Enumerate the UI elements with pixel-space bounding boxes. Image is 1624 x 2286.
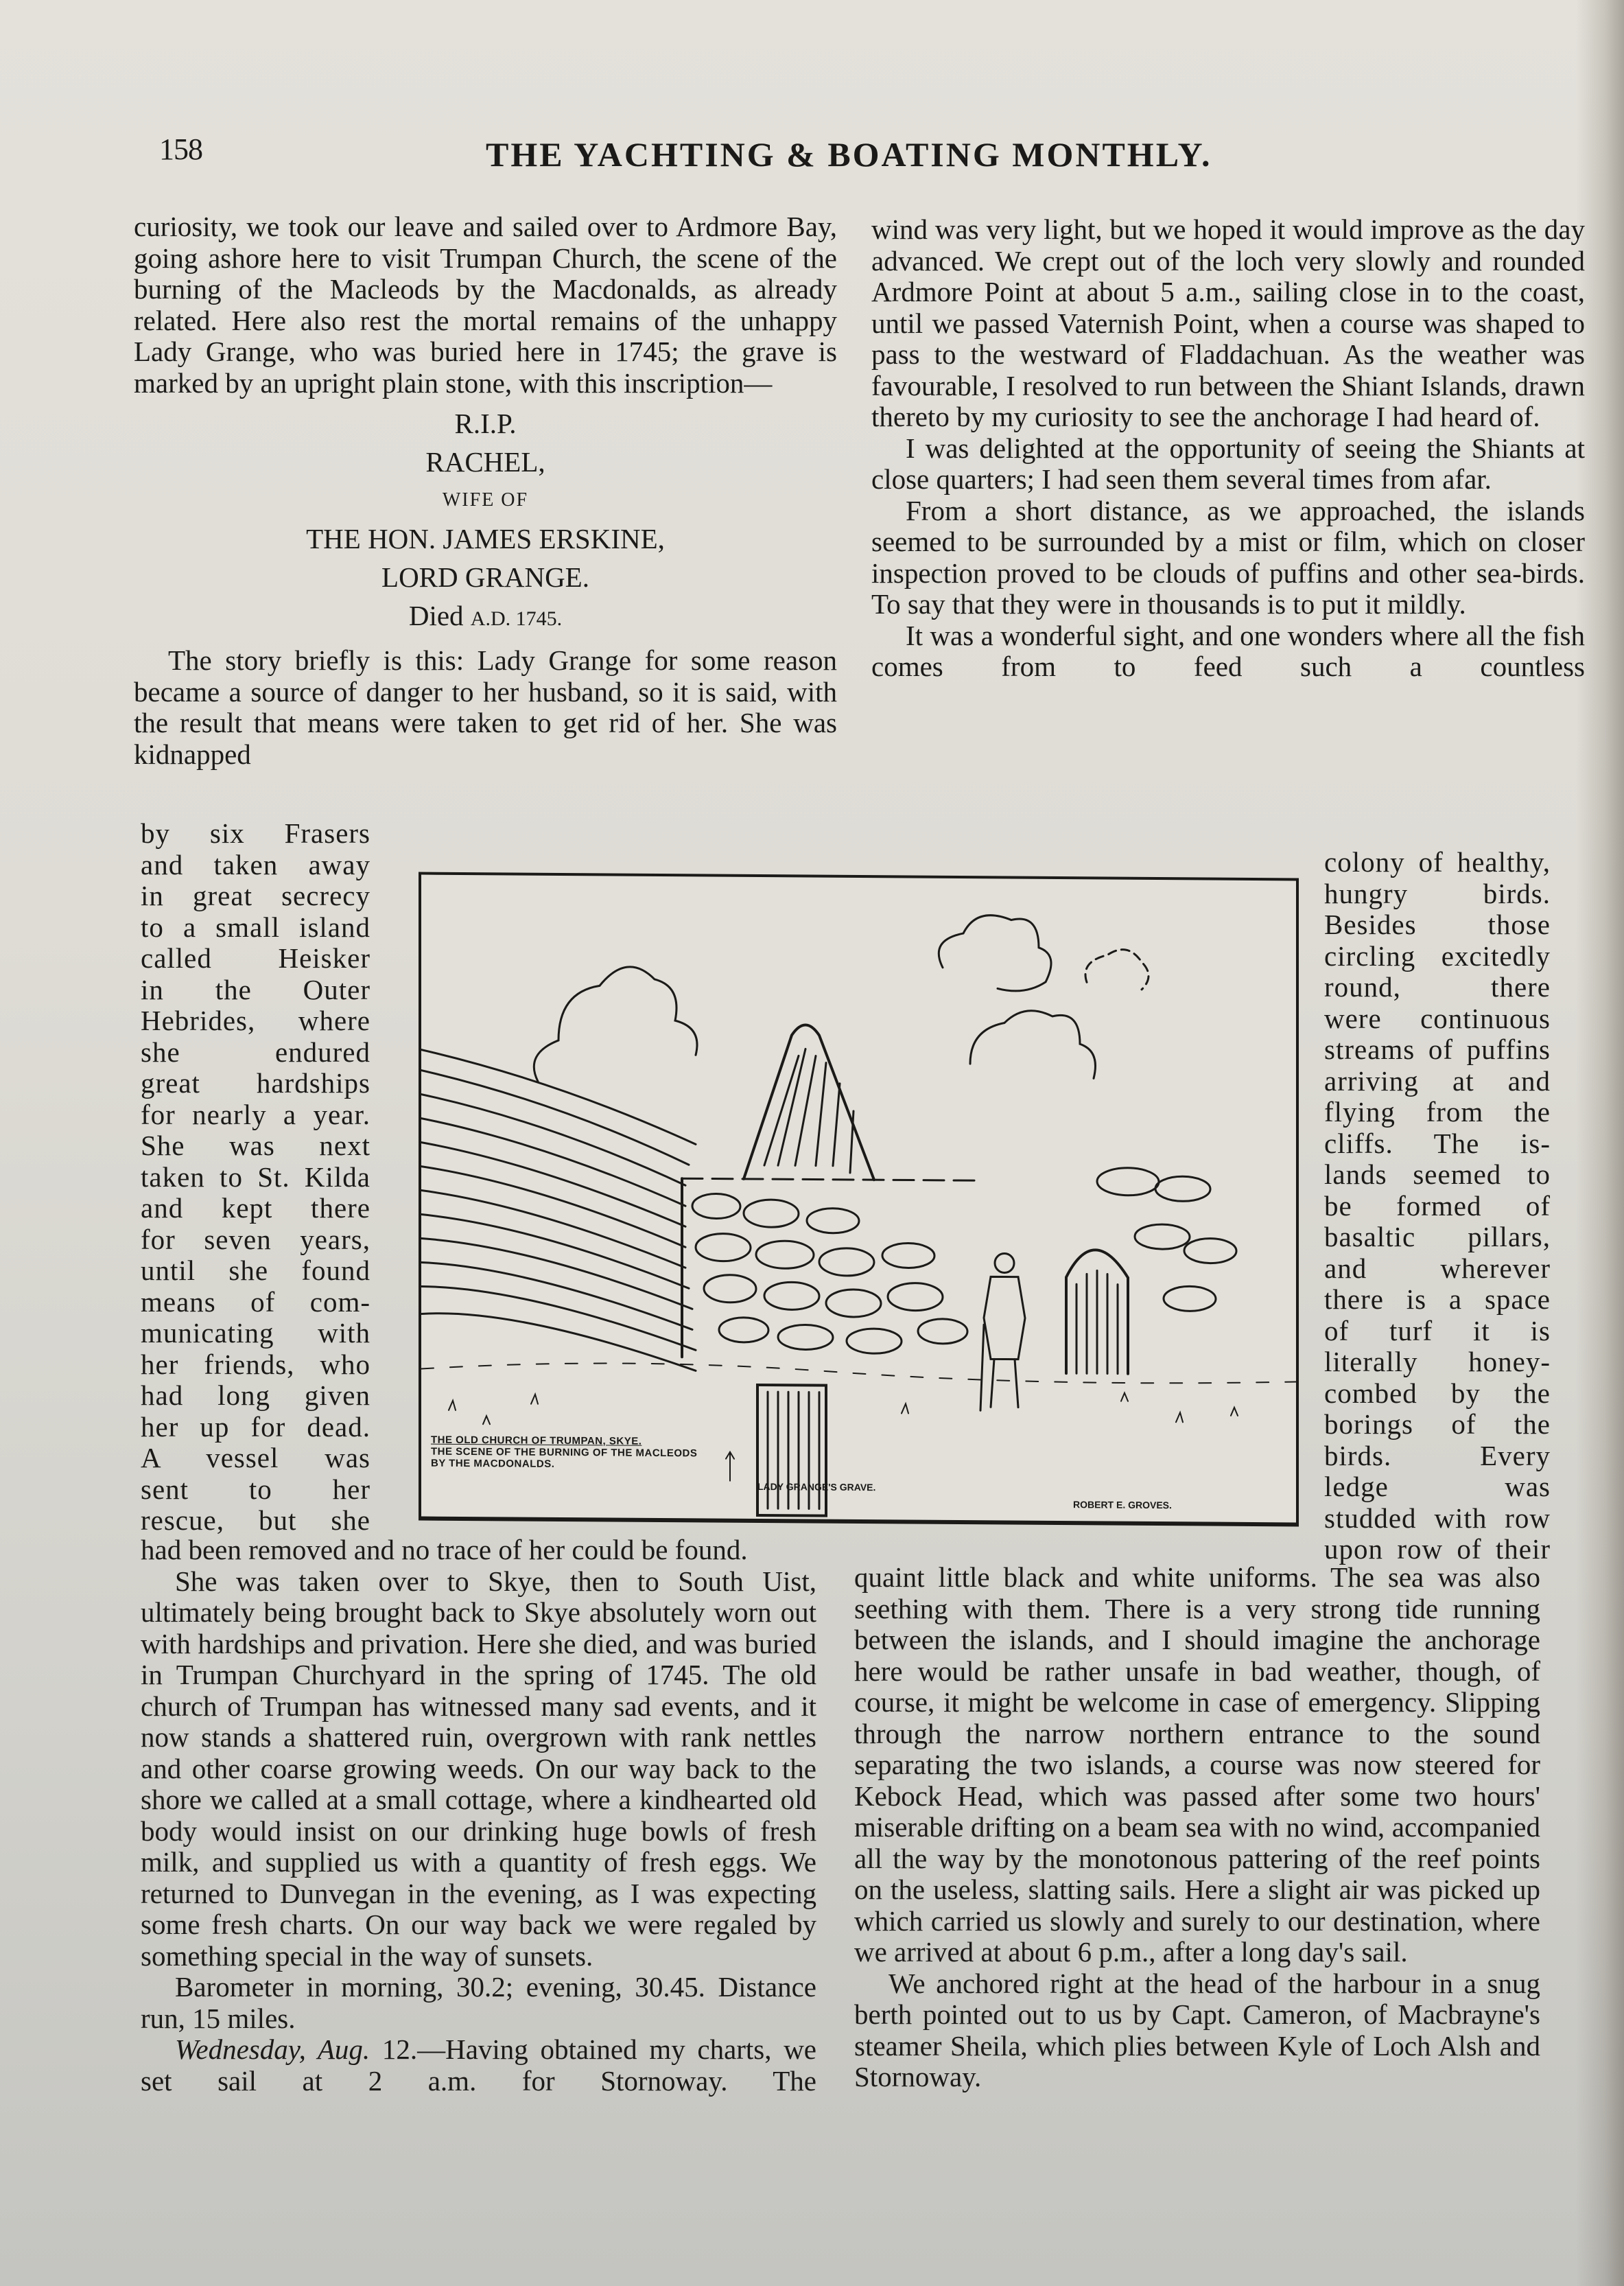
inscription-title: LORD GRANGE. — [134, 558, 837, 596]
died-date: A.D. 1745. — [471, 607, 562, 630]
inscription-died: Died A.D. 1745. — [134, 596, 837, 638]
intro-paragraph: curiosity, we took our leave and sailed … — [134, 211, 837, 399]
wrapped-line: studded with row — [1324, 1503, 1551, 1535]
wrapped-line: hungry birds. — [1324, 878, 1551, 910]
ruined-church-drawing — [421, 875, 1296, 1523]
wrapped-line: there is a space — [1324, 1284, 1551, 1316]
wrapped-line: by six Frasers — [141, 818, 370, 850]
wrapped-line: municating with — [141, 1318, 370, 1349]
wrapped-line: for seven years, — [141, 1224, 370, 1256]
wrapped-line: She was next — [141, 1130, 370, 1162]
grave-label: Lady Grange's Grave. — [757, 1481, 875, 1493]
distance-paragraph: From a short distance, as we approached,… — [871, 495, 1585, 620]
barometer-paragraph: Barometer in morning, 30.2; evening, 30.… — [141, 1972, 816, 2034]
wrapped-line: taken to St. Kilda — [141, 1162, 370, 1193]
wrapped-line: great hardships — [141, 1068, 370, 1099]
inscription-wife-of: WIFE OF — [134, 481, 837, 520]
wrapped-line: sent to her — [141, 1474, 370, 1506]
wrapped-line: combed by the — [1324, 1378, 1551, 1410]
wrapped-line: called Heisker — [141, 943, 370, 975]
wrapped-line: she endured — [141, 1037, 370, 1069]
caption-line: by the Macdonalds. — [431, 1458, 697, 1471]
wrapped-line: literally honey- — [1324, 1346, 1551, 1378]
church-illustration: The Old Church of Trumpan, Skye. The sce… — [419, 872, 1299, 1527]
right-wrapped-text: colony of healthy, hungry birds. Besides… — [1324, 847, 1551, 1565]
wrapped-line: for nearly a year. — [141, 1099, 370, 1131]
story-paragraph: The story briefly is this: Lady Grange f… — [134, 645, 837, 770]
wrapped-line: colony of healthy, — [1324, 847, 1551, 878]
journal-entry-paragraph: Wednesday, Aug. 12.—Having obtained my c… — [141, 2034, 816, 2097]
left-column-lower: had been removed and no trace of her cou… — [141, 1535, 816, 2097]
wrapped-line: and taken away — [141, 850, 370, 881]
right-column: wind was very light, but we hoped it wou… — [871, 214, 1585, 683]
wrapped-line: flying from the — [1324, 1097, 1551, 1128]
wrapped-line: A vessel was — [141, 1443, 370, 1474]
shiants-paragraph: I was delighted at the opportunity of se… — [871, 433, 1585, 495]
wrapped-line: in great secrecy — [141, 880, 370, 912]
running-title: THE YACHTING & BOATING MONTHLY. — [486, 135, 1212, 174]
wrapped-line: cliffs. The is- — [1324, 1128, 1551, 1160]
wrapped-line: upon row of their — [1324, 1534, 1551, 1565]
artist-signature: Robert E. Groves. — [1073, 1499, 1172, 1511]
wrapped-line: streams of puffins — [1324, 1034, 1551, 1066]
wrapped-line: to a small island — [141, 912, 370, 944]
wrapped-line: of turf it is — [1324, 1316, 1551, 1347]
inscription-rip: R.I.P. — [134, 404, 837, 443]
wrapped-line: had long given — [141, 1380, 370, 1412]
wrapped-line: basaltic pillars, — [1324, 1222, 1551, 1253]
wrapped-line: be formed of — [1324, 1191, 1551, 1222]
page-number: 158 — [159, 132, 202, 167]
wrapped-line: Hebrides, where — [141, 1005, 370, 1037]
inscription-name: RACHEL, — [134, 443, 837, 481]
wrapped-line: ledge was — [1324, 1471, 1551, 1503]
inscription-husband: THE HON. JAMES ERSKINE, — [134, 520, 837, 558]
right-column-lower: quaint little black and white uniforms. … — [854, 1562, 1540, 2093]
entry-date: Wednesday, Aug. — [175, 2033, 370, 2065]
wonderful-paragraph: It was a wonderful sight, and one wonder… — [871, 620, 1585, 683]
uniforms-paragraph: quaint little black and white uniforms. … — [854, 1562, 1540, 1968]
illustration-caption: The Old Church of Trumpan, Skye. The sce… — [431, 1434, 697, 1471]
wrapped-line: arriving at and — [1324, 1066, 1551, 1097]
wrapped-line: means of com- — [141, 1287, 370, 1318]
wrapped-line: were continuous — [1324, 1003, 1551, 1035]
wrapped-line: and wherever — [1324, 1253, 1551, 1285]
wind-paragraph: wind was very light, but we hoped it wou… — [871, 214, 1585, 433]
continuation-line: had been removed and no trace of her cou… — [141, 1535, 816, 1566]
wrapped-line: until she found — [141, 1255, 370, 1287]
wrapped-line: Besides those — [1324, 909, 1551, 941]
left-wrapped-text: by six Frasers and taken away in great s… — [141, 818, 370, 1537]
wrapped-line: and kept there — [141, 1193, 370, 1224]
anchored-paragraph: We anchored right at the head of the har… — [854, 1968, 1540, 2093]
died-word: Died — [409, 600, 464, 631]
wrapped-line: her up for dead. — [141, 1412, 370, 1443]
wrapped-line: in the Outer — [141, 975, 370, 1006]
wrapped-line: round, there — [1324, 972, 1551, 1003]
wrapped-line: borings of the — [1324, 1409, 1551, 1441]
gravestone-inscription: R.I.P. RACHEL, WIFE OF THE HON. JAMES ER… — [134, 404, 837, 638]
left-column: curiosity, we took our leave and sailed … — [134, 211, 837, 770]
wrapped-line: circling excitedly — [1324, 941, 1551, 972]
skye-paragraph: She was taken over to Skye, then to Sout… — [141, 1566, 816, 1972]
wrapped-line: lands seemed to — [1324, 1159, 1551, 1191]
wrapped-line: birds. Every — [1324, 1441, 1551, 1472]
wrapped-line: rescue, but she — [141, 1505, 370, 1537]
wrapped-line: her friends, who — [141, 1349, 370, 1381]
